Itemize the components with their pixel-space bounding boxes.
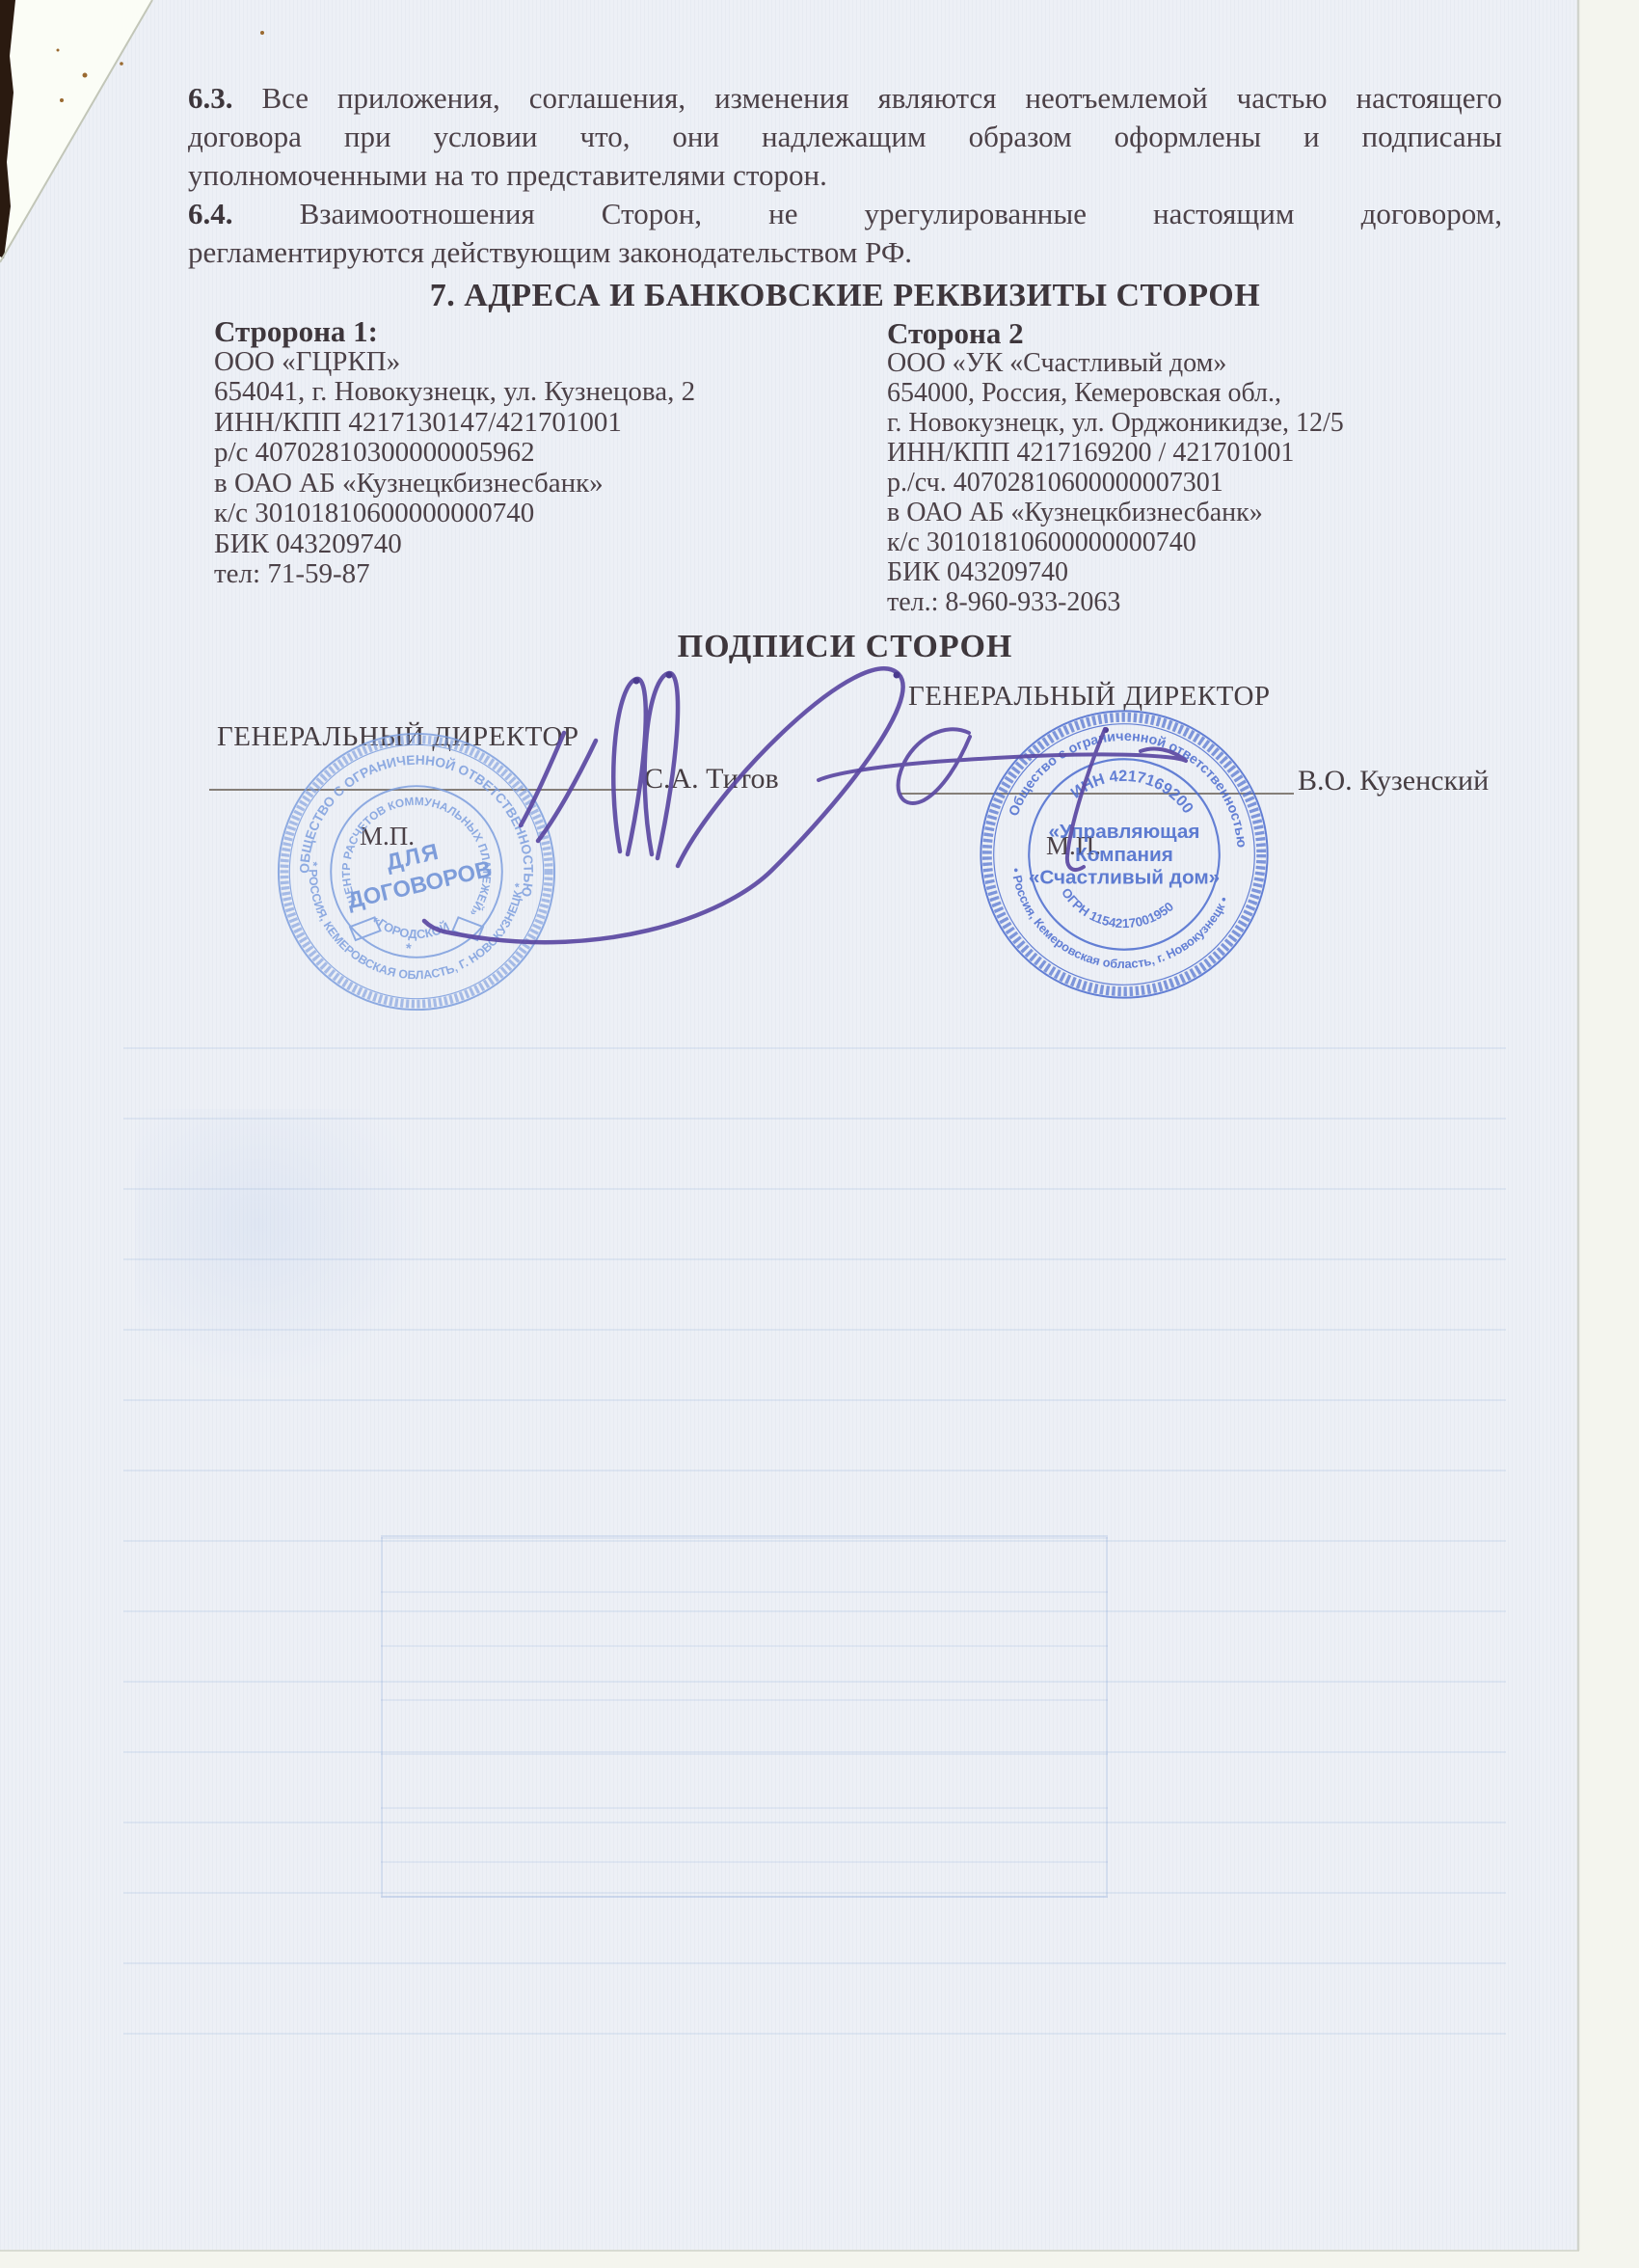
party1-address: 654041, г. Новокузнецк, ул. Кузнецова, 2 (214, 377, 695, 408)
right-seal-mark: М.П. (1046, 831, 1101, 861)
signatures-heading: ПОДПИСИ СТОРОН (188, 629, 1502, 665)
right-signer-title: ГЕНЕРАЛЬНЫЙ ДИРЕКТОР (908, 681, 1271, 713)
clause-6-3-line1: 6.3. Все приложения, соглашения, изменен… (188, 79, 1502, 118)
party1-account: р/с 40702810300000005962 (214, 438, 695, 469)
party1-label: Стророна 1: (214, 316, 695, 347)
party2-bik: БИК 043209740 (887, 557, 1344, 587)
left-signer-name: С.А. Титов (644, 763, 779, 796)
party2-bank: в ОАО АБ «Кузнецкбизнесбанк» (887, 498, 1344, 527)
clause-6-3-number: 6.3. (188, 81, 233, 115)
right-signer-name: В.О. Кузенский (1298, 765, 1489, 797)
clause-6-4-line2: регламентируются действующим законодател… (188, 233, 1502, 272)
party1-details: Стророна 1: ООО «ГЦРКП» 654041, г. Новок… (214, 316, 695, 590)
paper-sheet: 6.3. Все приложения, соглашения, изменен… (0, 0, 1579, 2251)
bleed-through-table (381, 1535, 1108, 1898)
party1-company: ООО «ГЦРКП» (214, 347, 695, 378)
right-signature-line (900, 793, 1294, 795)
party2-account: р./сч. 40702810600000007301 (887, 468, 1344, 498)
left-signer-title: ГЕНЕРАЛЬНЫЙ ДИРЕКТОР (217, 721, 579, 753)
left-signature-line (209, 789, 639, 791)
party2-address-2: г. Новокузнецк, ул. Орджоникидзе, 12/5 (887, 408, 1344, 438)
party2-label: Сторона 2 (887, 318, 1344, 348)
party2-address-1: 654000, Россия, Кемеровская обл., (887, 378, 1344, 408)
party1-inn-kpp: ИНН/КПП 4217130147/421701001 (214, 408, 695, 439)
contract-clauses: 6.3. Все приложения, соглашения, изменен… (188, 79, 1502, 272)
party1-bank: в ОАО АБ «Кузнецкбизнесбанк» (214, 469, 695, 499)
party2-corr-account: к/с 30101810600000000740 (887, 527, 1344, 557)
party2-phone: тел.: 8-960-933-2063 (887, 587, 1344, 617)
clause-6-3-line3: уполномоченными на то представителями ст… (188, 156, 1502, 195)
scanned-contract-page: 6.3. Все приложения, соглашения, изменен… (0, 0, 1639, 2268)
party2-company: ООО «УК «Счастливый дом» (887, 348, 1344, 378)
party1-phone: тел: 71-59-87 (214, 559, 695, 590)
clause-6-3-line2: договора при условии что, они надлежащим… (188, 118, 1502, 156)
party2-details: Сторона 2 ООО «УК «Счастливый дом» 65400… (887, 318, 1344, 617)
party1-corr-account: к/с 30101810600000000740 (214, 499, 695, 529)
party2-inn-kpp: ИНН/КПП 4217169200 / 421701001 (887, 438, 1344, 468)
party1-bik: БИК 043209740 (214, 529, 695, 560)
clause-6-4-number: 6.4. (188, 197, 233, 230)
section-7-heading: 7. АДРЕСА И БАНКОВСКИЕ РЕКВИЗИТЫ СТОРОН (188, 278, 1502, 314)
clause-6-4-line1: 6.4. Взаимоотношения Сторон, не урегулир… (188, 195, 1502, 233)
left-seal-mark: М.П. (360, 822, 415, 851)
